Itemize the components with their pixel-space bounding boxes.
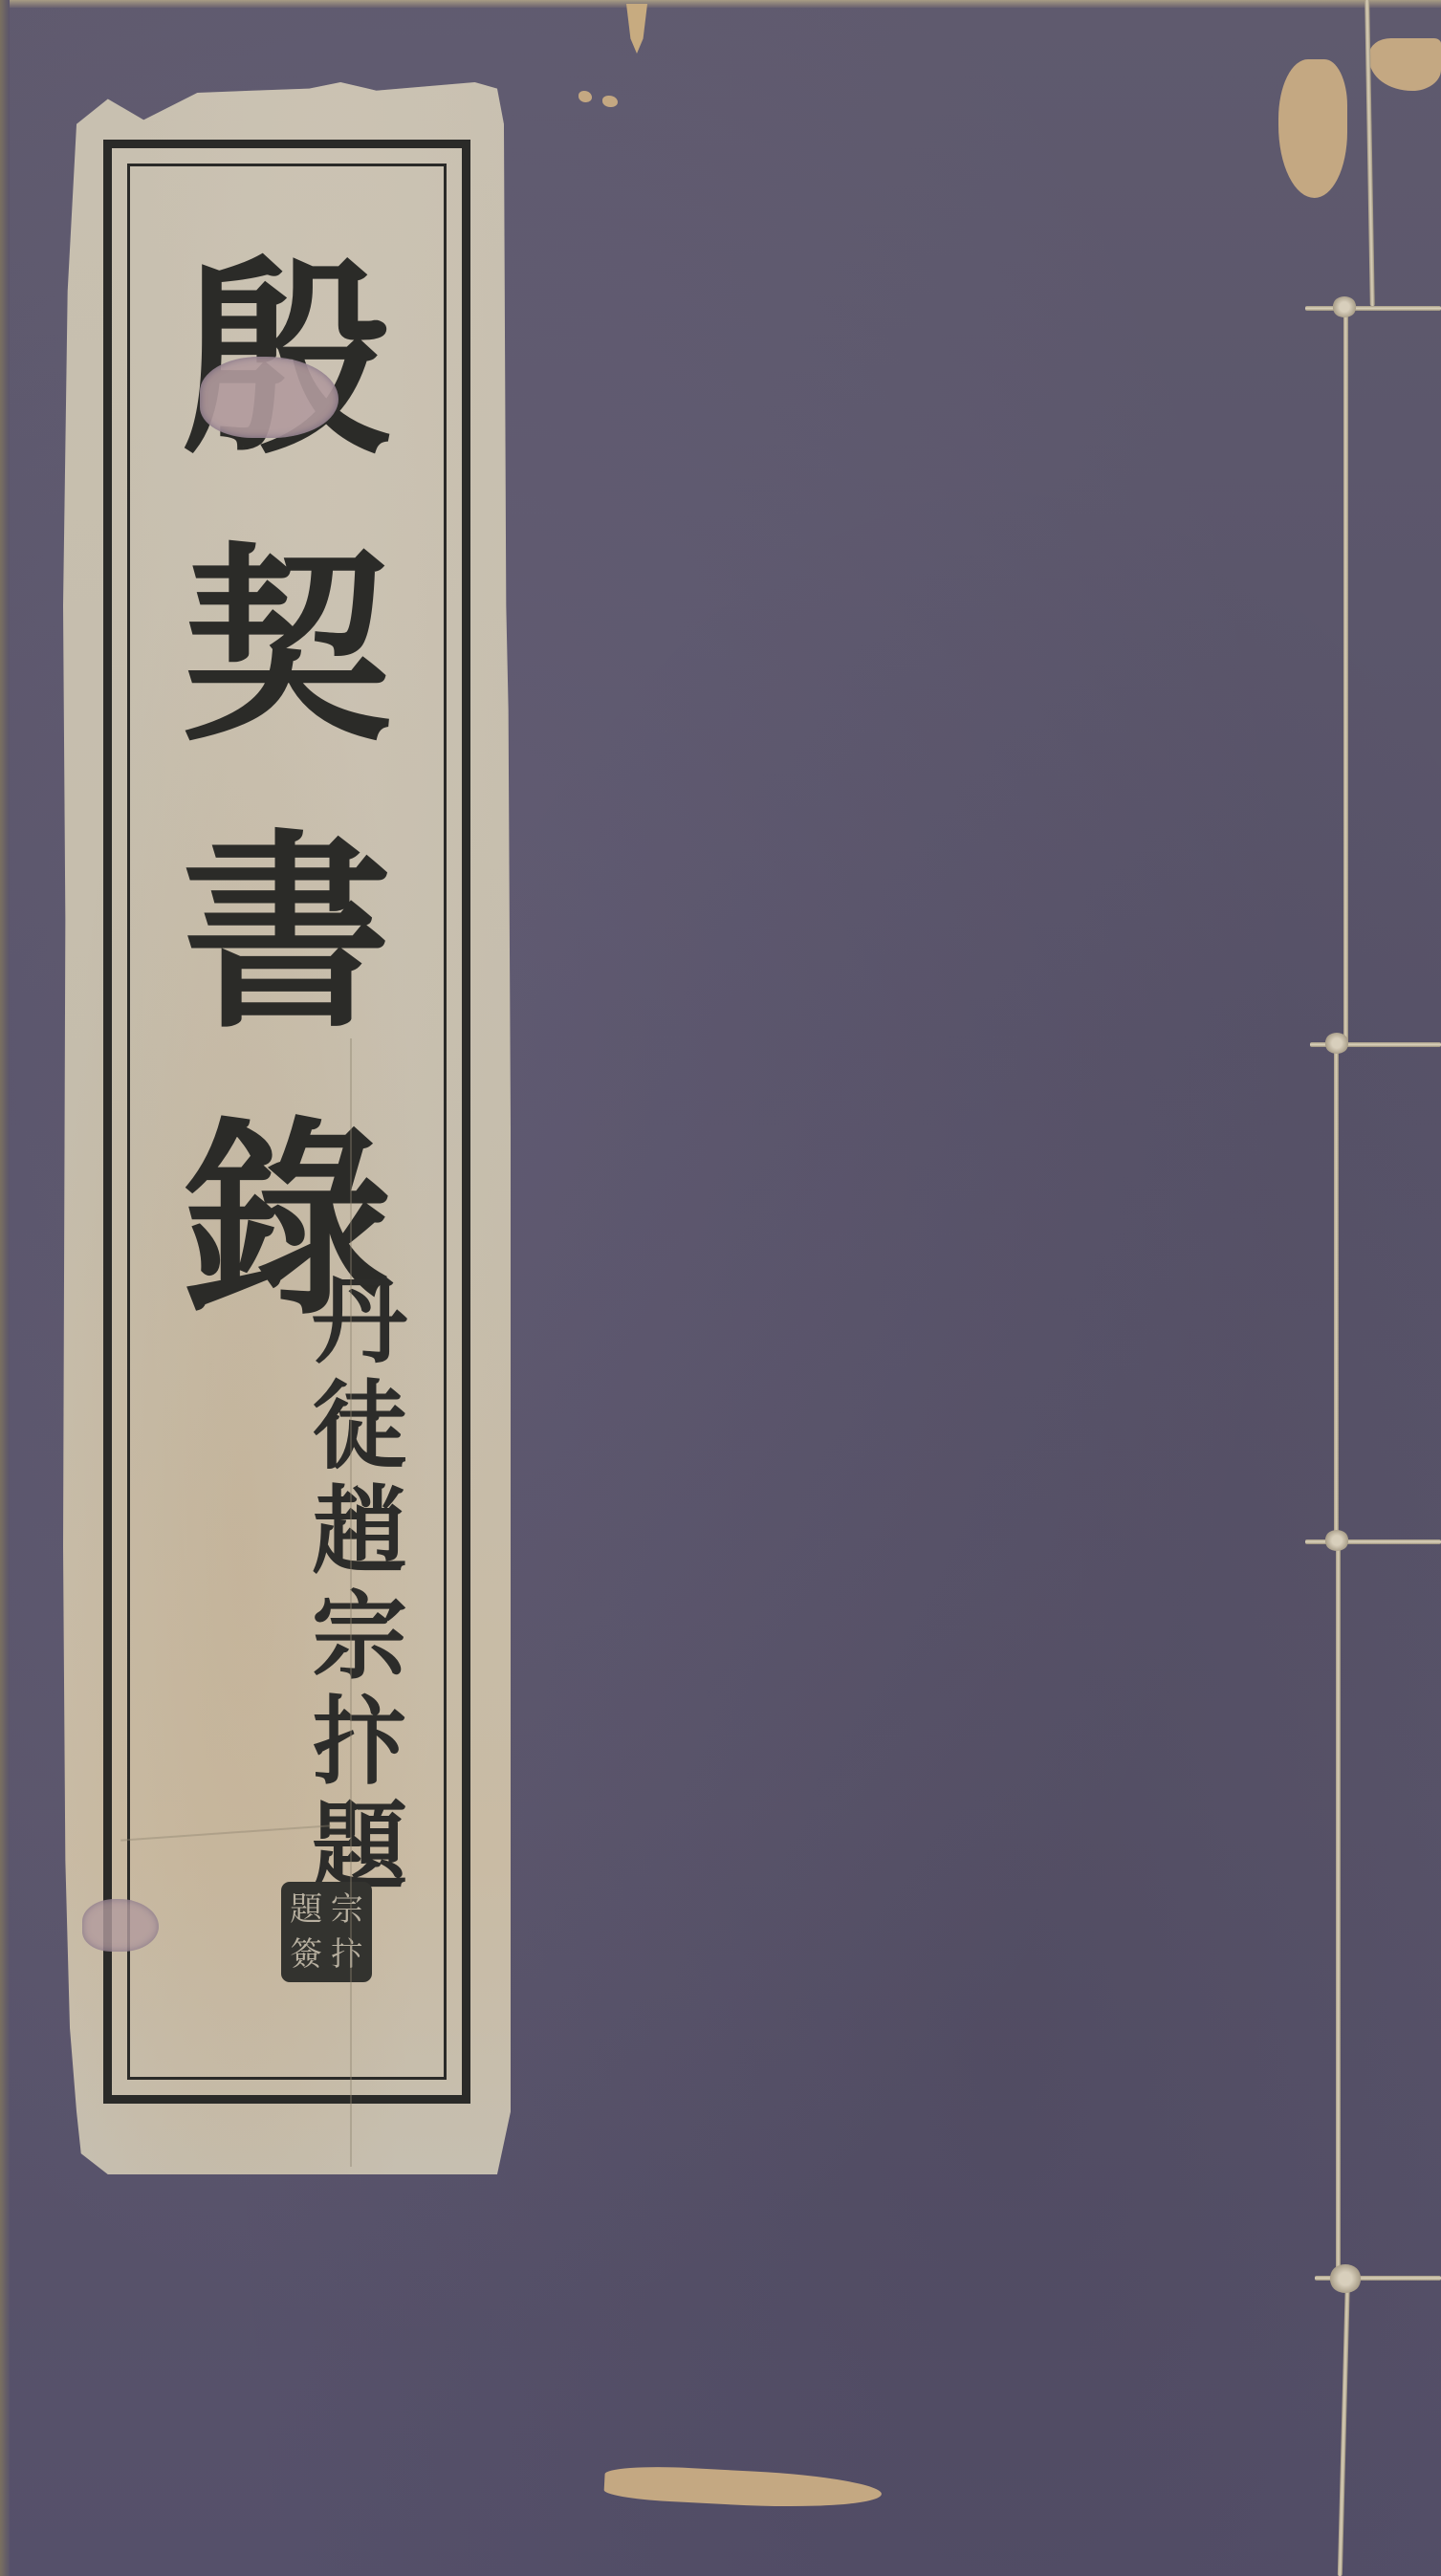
signature-char: 宗 xyxy=(312,1583,407,1689)
binding-thread-vertical xyxy=(1336,1539,1341,2271)
binding-thread-vertical xyxy=(1343,306,1348,1042)
seal-char: 抃 xyxy=(328,1933,367,1977)
bottom-damage xyxy=(603,2463,882,2512)
top-page-edge xyxy=(0,0,1441,8)
title-char: 書 xyxy=(182,790,392,1077)
title-char: 契 xyxy=(182,503,392,790)
book-cover: 殷 契 書 錄 丹 徒 趙 宗 抃 題 題 宗 簽 抃 xyxy=(0,0,1441,2576)
seal-char: 題 xyxy=(287,1888,326,1932)
binding-thread-horizontal xyxy=(1305,306,1441,311)
signature-char: 丹 xyxy=(312,1268,407,1373)
binding-knot xyxy=(1329,2264,1362,2293)
signature-char: 趙 xyxy=(312,1478,407,1583)
binding-thread-vertical xyxy=(1334,1042,1339,1539)
binding-knot xyxy=(1332,296,1357,317)
top-right-damage xyxy=(1278,59,1347,198)
binding-knot xyxy=(1324,1530,1349,1551)
calligrapher-signature: 丹 徒 趙 宗 抃 題 xyxy=(283,1268,436,1899)
binding-knot xyxy=(1324,1033,1349,1054)
pink-stain xyxy=(82,1899,159,1952)
signature-char: 徒 xyxy=(312,1373,407,1478)
fold-crease xyxy=(350,1038,352,2167)
left-page-edge xyxy=(0,0,10,2576)
signature-char: 抃 xyxy=(312,1689,407,1794)
seal-char: 簽 xyxy=(287,1933,326,1977)
binding-thread-vertical xyxy=(1338,2271,1350,2576)
seal-stamp: 題 宗 簽 抃 xyxy=(281,1882,372,1982)
corner-damage xyxy=(1369,38,1441,91)
wormhole-spot xyxy=(579,91,592,102)
top-tear xyxy=(626,4,647,54)
wormhole-spot xyxy=(602,96,618,107)
pink-stain xyxy=(200,357,338,438)
title-slip: 殷 契 書 錄 丹 徒 趙 宗 抃 題 題 宗 簽 抃 xyxy=(63,82,511,2174)
seal-char: 宗 xyxy=(328,1888,367,1932)
